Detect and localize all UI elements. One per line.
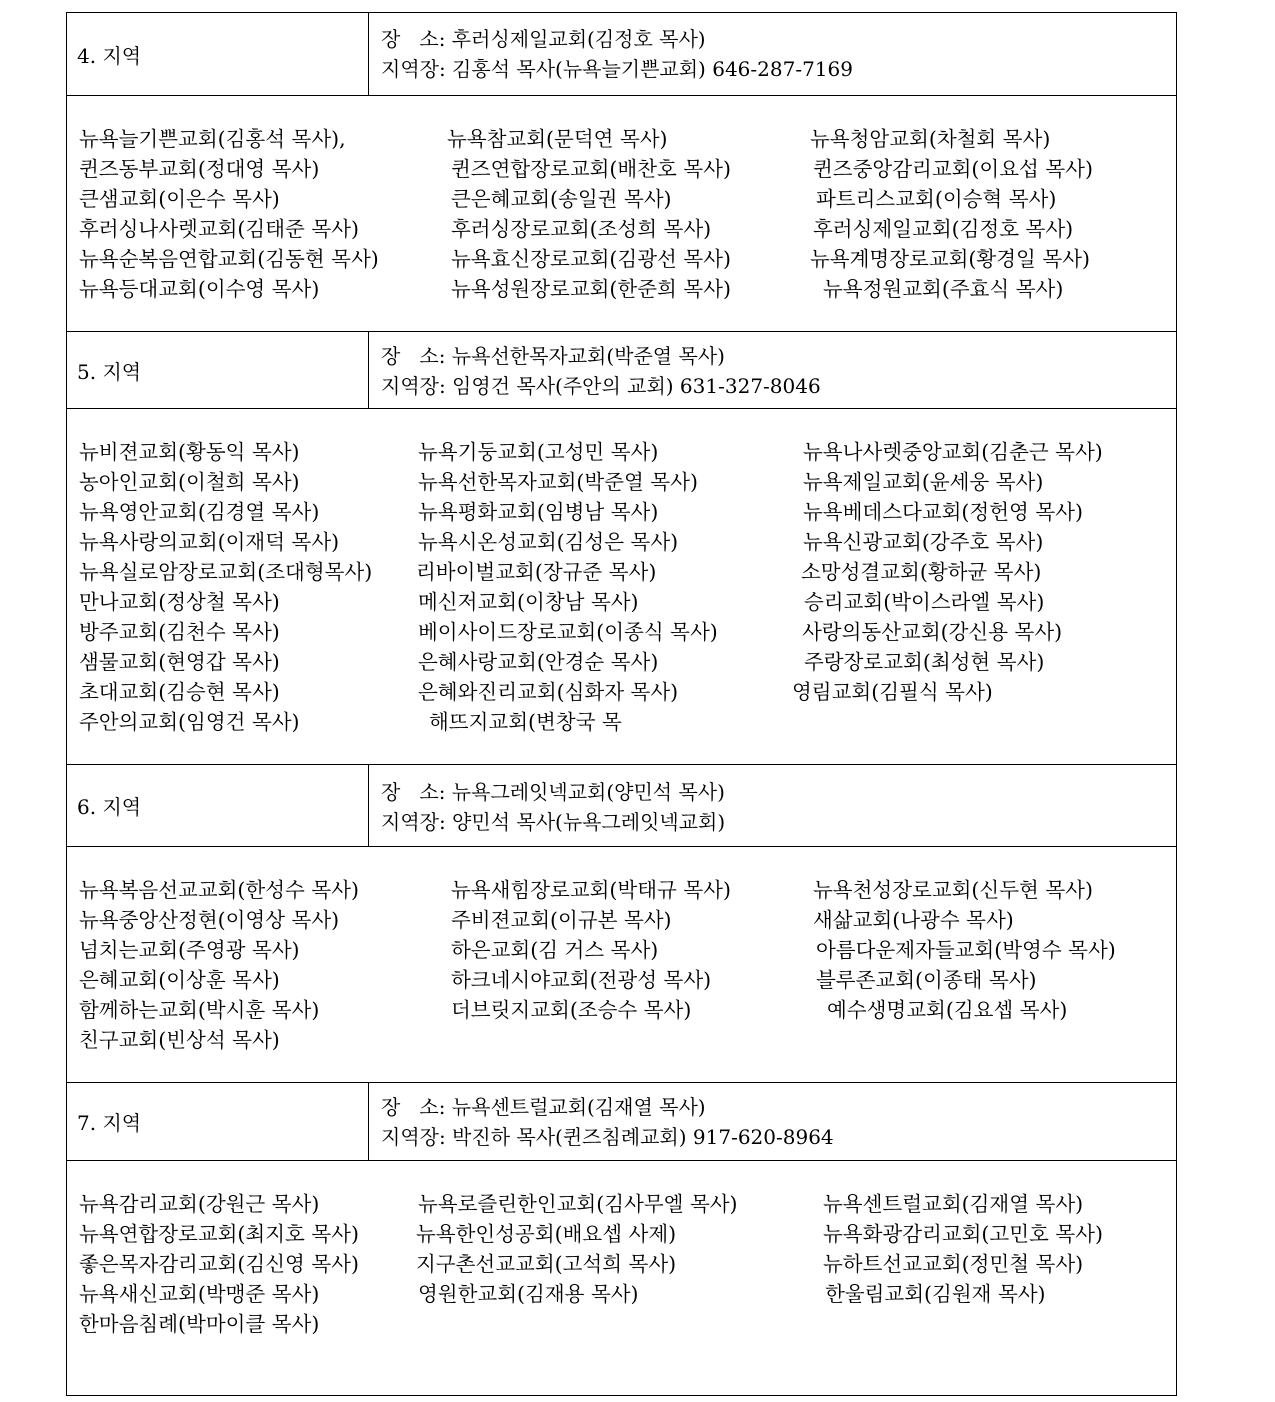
church-entry: 뉴비젼교회(황동익 목사) <box>79 437 300 467</box>
region-5-info: 장 소: 뉴욕선한목자교회(박준열 목사) 지역장: 임영건 목사(주안의 교회… <box>369 332 1176 408</box>
region-6-churches: 뉴욕복음선교교회(한성수 목사) 뉴욕중앙산정현(이영상 목사) 넘치는교회(주… <box>67 847 1176 1083</box>
church-entry: 해뜨지교회(변창국 목 <box>429 707 622 737</box>
church-entry: 뉴욕나사렛중앙교회(김춘근 목사) <box>803 437 1103 467</box>
region-4-title: 4. 지역 <box>67 13 369 95</box>
church-entry: 농아인교회(이철희 목사) <box>79 467 300 497</box>
church-entry: 뉴욕참교회(문덕연 목사) <box>447 124 668 154</box>
church-entry: 퀸즈동부교회(정대영 목사) <box>79 154 319 184</box>
church-entry: 샘물교회(현영갑 목사) <box>79 647 280 677</box>
church-entry: 뉴욕센트럴교회(김재열 목사) <box>823 1189 1083 1219</box>
church-entry: 뉴욕성원장로교회(한준희 목사) <box>451 274 731 304</box>
region-7-title: 7. 지역 <box>67 1083 369 1160</box>
church-entry: 뉴욕계명장로교회(황경일 목사) <box>810 244 1090 274</box>
region-4-info: 장 소: 후러싱제일교회(김정호 목사) 지역장: 김홍석 목사(뉴욕늘기쁜교회… <box>369 13 1176 95</box>
church-entry: 뉴욕천성장로교회(신두현 목사) <box>813 875 1093 905</box>
region-7-info: 장 소: 뉴욕센트럴교회(김재열 목사) 지역장: 박진하 목사(퀸즈침례교회)… <box>369 1083 1176 1160</box>
church-entry: 하은교회(김 거스 목사) <box>451 935 658 965</box>
region-4-header: 4. 지역 장 소: 후러싱제일교회(김정호 목사) 지역장: 김홍석 목사(뉴… <box>67 13 1176 96</box>
church-entry: 더브릿지교회(조승수 목사) <box>451 995 691 1025</box>
church-entry: 뉴욕한인성공회(배요셉 사제) <box>416 1219 676 1249</box>
region-4-churches: 뉴욕늘기쁜교회(김홍석 목사), 퀸즈동부교회(정대영 목사) 큰샘교회(이은수… <box>67 96 1176 332</box>
church-entry: 퀸즈중앙감리교회(이요섭 목사) <box>813 154 1093 184</box>
church-entry: 리바이벌교회(장규준 목사) <box>416 557 656 587</box>
church-entry: 후러싱나사렛교회(김태준 목사) <box>79 214 359 244</box>
region-7-leader: 지역장: 박진하 목사(퀸즈침례교회) 917-620-8964 <box>381 1122 1164 1152</box>
church-entry: 뉴욕연합장로교회(최지호 목사) <box>79 1219 359 1249</box>
church-entry: 은혜교회(이상훈 목사) <box>79 965 280 995</box>
church-entry: 승리교회(박이스라엘 목사) <box>804 587 1044 617</box>
church-entry: 은혜와진리교회(심화자 목사) <box>418 677 678 707</box>
church-entry: 뉴욕평화교회(임병남 목사) <box>418 497 658 527</box>
church-entry: 블루존교회(이종태 목사) <box>816 965 1037 995</box>
church-entry: 만나교회(정상철 목사) <box>79 587 280 617</box>
church-entry: 파트리스교회(이승혁 목사) <box>816 184 1056 214</box>
church-entry: 영원한교회(김재용 목사) <box>418 1279 639 1309</box>
region-7-header: 7. 지역 장 소: 뉴욕센트럴교회(김재열 목사) 지역장: 박진하 목사(퀸… <box>67 1083 1176 1161</box>
church-entry: 한마음침례(박마이클 목사) <box>79 1309 319 1339</box>
church-entry: 베이사이드장로교회(이종식 목사) <box>418 617 718 647</box>
region-7-churches: 뉴욕감리교회(강원근 목사) 뉴욕연합장로교회(최지호 목사) 좋은목자감리교회… <box>67 1161 1176 1395</box>
church-entry: 뉴욕베데스다교회(정헌영 목사) <box>803 497 1083 527</box>
church-entry: 뉴욕효신장로교회(김광선 목사) <box>451 244 731 274</box>
church-entry: 뉴욕시온성교회(김성은 목사) <box>418 527 678 557</box>
church-entry: 좋은목자감리교회(김신영 목사) <box>79 1249 359 1279</box>
church-entry: 뉴욕정원교회(주효식 목사) <box>823 274 1063 304</box>
church-entry: 퀸즈연합장로교회(배찬호 목사) <box>451 154 731 184</box>
church-entry: 뉴욕순복음연합교회(김동현 목사) <box>79 244 379 274</box>
church-entry: 후러싱장로교회(조성희 목사) <box>451 214 711 244</box>
church-entry: 뉴욕새힘장로교회(박태규 목사) <box>451 875 731 905</box>
church-entry: 주비젼교회(이규본 목사) <box>451 905 672 935</box>
church-entry: 뉴욕기둥교회(고성민 목사) <box>418 437 658 467</box>
region-5-churches: 뉴비젼교회(황동익 목사) 농아인교회(이철희 목사) 뉴욕영안교회(김경열 목… <box>67 409 1176 765</box>
church-entry: 넘치는교회(주영광 목사) <box>79 935 300 965</box>
church-entry: 뉴욕복음선교교회(한성수 목사) <box>79 875 359 905</box>
church-entry: 뉴욕화광감리교회(고민호 목사) <box>823 1219 1103 1249</box>
region-5-title: 5. 지역 <box>67 332 369 408</box>
region-4-leader: 지역장: 김홍석 목사(뉴욕늘기쁜교회) 646-287-7169 <box>381 54 1164 84</box>
region-6-venue: 장 소: 뉴욕그레잇넥교회(양민석 목사) <box>381 777 1164 807</box>
church-entry: 큰샘교회(이은수 목사) <box>79 184 280 214</box>
church-entry: 뉴욕감리교회(강원근 목사) <box>79 1189 319 1219</box>
church-entry: 뉴욕로즐린한인교회(김사무엘 목사) <box>418 1189 738 1219</box>
church-entry: 뉴욕늘기쁜교회(김홍석 목사), <box>79 124 346 154</box>
church-entry: 초대교회(김승현 목사) <box>79 677 280 707</box>
region-6-info: 장 소: 뉴욕그레잇넥교회(양민석 목사) 지역장: 양민석 목사(뉴욕그레잇넥… <box>369 765 1176 846</box>
church-entry: 뉴욕청암교회(차철회 목사) <box>810 124 1050 154</box>
church-entry: 방주교회(김천수 목사) <box>79 617 280 647</box>
region-church-table: 4. 지역 장 소: 후러싱제일교회(김정호 목사) 지역장: 김홍석 목사(뉴… <box>66 12 1177 1396</box>
church-entry: 하크네시야교회(전광성 목사) <box>451 965 711 995</box>
church-entry: 한울림교회(김원재 목사) <box>825 1279 1046 1309</box>
church-entry: 예수생명교회(김요셉 목사) <box>827 995 1067 1025</box>
region-4-venue: 장 소: 후러싱제일교회(김정호 목사) <box>381 24 1164 54</box>
church-entry: 영림교회(김필식 목사) <box>792 677 993 707</box>
church-entry: 주안의교회(임영건 목사) <box>79 707 300 737</box>
church-entry: 뉴욕영안교회(김경열 목사) <box>79 497 319 527</box>
church-entry: 아름다운제자들교회(박영수 목사) <box>816 935 1116 965</box>
region-6-title: 6. 지역 <box>67 765 369 846</box>
region-7-venue: 장 소: 뉴욕센트럴교회(김재열 목사) <box>381 1092 1164 1122</box>
church-entry: 뉴욕실로암장로교회(조대형목사) <box>79 557 372 587</box>
church-entry: 큰은혜교회(송일권 목사) <box>451 184 672 214</box>
church-entry: 주랑장로교회(최성현 목사) <box>804 647 1044 677</box>
region-6-leader: 지역장: 양민석 목사(뉴욕그레잇넥교회) <box>381 807 1164 837</box>
church-entry: 지구촌선교교회(고석희 목사) <box>416 1249 676 1279</box>
church-entry: 뉴욕제일교회(윤세웅 목사) <box>803 467 1043 497</box>
church-entry: 친구교회(빈상석 목사) <box>79 1025 280 1055</box>
church-entry: 메신저교회(이창남 목사) <box>418 587 639 617</box>
church-entry: 뉴욕새신교회(박맹준 목사) <box>79 1279 319 1309</box>
region-5-header: 5. 지역 장 소: 뉴욕선한목자교회(박준열 목사) 지역장: 임영건 목사(… <box>67 332 1176 409</box>
region-5-venue: 장 소: 뉴욕선한목자교회(박준열 목사) <box>381 341 1164 371</box>
church-entry: 사랑의동산교회(강신용 목사) <box>802 617 1062 647</box>
church-entry: 뉴욕신광교회(강주호 목사) <box>803 527 1043 557</box>
church-entry: 은혜사랑교회(안경순 목사) <box>418 647 658 677</box>
church-entry: 후러싱제일교회(김정호 목사) <box>813 214 1073 244</box>
church-entry: 뉴욕등대교회(이수영 목사) <box>79 274 319 304</box>
region-6-header: 6. 지역 장 소: 뉴욕그레잇넥교회(양민석 목사) 지역장: 양민석 목사(… <box>67 765 1176 847</box>
church-entry: 소망성결교회(황하균 목사) <box>801 557 1041 587</box>
church-entry: 새삶교회(나광수 목사) <box>813 905 1014 935</box>
church-entry: 함께하는교회(박시훈 목사) <box>79 995 319 1025</box>
church-entry: 뉴욕사랑의교회(이재덕 목사) <box>79 527 339 557</box>
church-entry: 뉴하트선교교회(정민철 목사) <box>823 1249 1083 1279</box>
church-entry: 뉴욕선한목자교회(박준열 목사) <box>418 467 698 497</box>
region-5-leader: 지역장: 임영건 목사(주안의 교회) 631-327-8046 <box>381 371 1164 401</box>
church-entry: 뉴욕중앙산정현(이영상 목사) <box>79 905 339 935</box>
